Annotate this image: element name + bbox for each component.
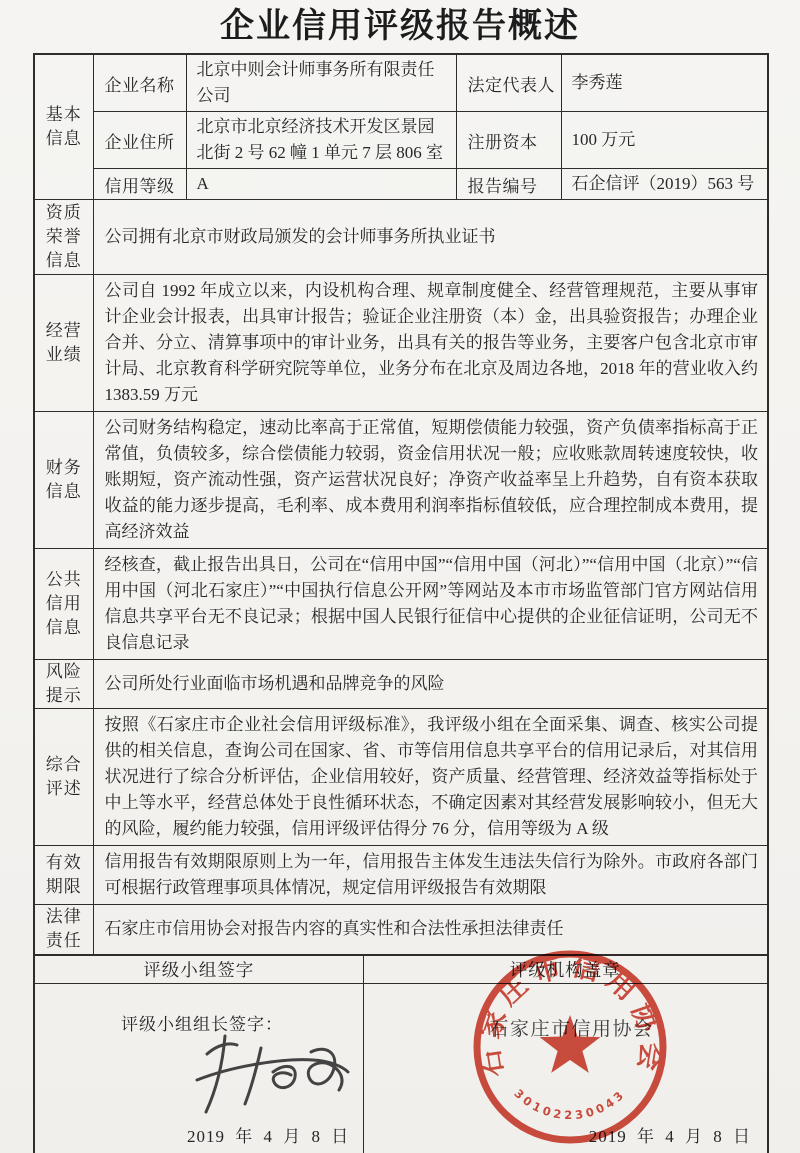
table-row-public-credit: 公共信用信息 经核查，截止报告出具日，公司在“信用中国”“信用中国（河北）”“信… (34, 549, 768, 660)
company-address-label: 企业住所 (93, 112, 186, 169)
table-row-business-performance: 经营业绩 公司自 1992 年成立以来，内设机构合理、规章制度健全、经营管理规范… (34, 275, 768, 412)
section-content-comprehensive-review: 按照《石家庄市企业社会信用评级标准》，我评级小组在全面采集、调查、核实公司提供的… (93, 709, 768, 846)
section-content-qualification: 公司拥有北京市财政局颁发的会计师事务所执业证书 (93, 200, 768, 275)
handwritten-signature (193, 1030, 365, 1122)
section-content-validity-period: 信用报告有效期限原则上为一年，信用报告主体发生违法失信行为除外。市政府各部门可根… (93, 846, 768, 905)
credit-grade-value: A (186, 169, 456, 200)
section-label-basic-info: 基本信息 (34, 54, 93, 200)
section-label-validity-period: 有效期限 (34, 846, 93, 905)
table-row-validity-period: 有效期限 信用报告有效期限原则上为一年，信用报告主体发生违法失信行为除外。市政府… (34, 846, 768, 905)
rating-agency-seal-cell: 石家庄市信用协会 2019 年 4 月 8 日 (363, 983, 768, 1153)
section-label-risk-warning: 风险提示 (34, 660, 93, 709)
signature-table: 评级小组签字 评级机构盖章 评级小组组长签字： (33, 954, 769, 1153)
table-row-comprehensive-review: 综合评述 按照《石家庄市企业社会信用评级标准》，我评级小组在全面采集、调查、核实… (34, 709, 768, 846)
credit-grade-label: 信用等级 (93, 169, 186, 200)
section-content-financial-info: 公司财务结构稳定，速动比率高于正常值，短期偿债能力较强，资产负债率指标高于正常值… (93, 412, 768, 549)
report-number-label: 报告编号 (456, 169, 561, 200)
report-number-value: 石企信评（2019）563 号 (561, 169, 768, 200)
table-row-basic-2: 企业住所 北京市北京经济技术开发区景园北街 2 号 62 幢 1 单元 7 层 … (34, 112, 768, 169)
signature-header-left: 评级小组签字 (34, 955, 363, 984)
section-label-business-performance: 经营业绩 (34, 275, 93, 412)
section-label-public-credit: 公共信用信息 (34, 549, 93, 660)
section-content-legal-liability: 石家庄市信用协会对报告内容的真实性和合法性承担法律责任 (93, 905, 768, 955)
table-row-qualification: 资质荣誉信息 公司拥有北京市财政局颁发的会计师事务所执业证书 (34, 200, 768, 275)
section-content-risk-warning: 公司所处行业面临市场机遇和品牌竞争的风险 (93, 660, 768, 709)
table-row-basic-1: 基本信息 企业名称 北京中则会计师事务所有限责任公司 法定代表人 李秀莲 (34, 54, 768, 112)
table-row-risk-warning: 风险提示 公司所处行业面临市场机遇和品牌竞争的风险 (34, 660, 768, 709)
section-label-legal-liability: 法律责任 (34, 905, 93, 955)
agency-name: 石家庄市信用协会 (490, 1014, 654, 1041)
company-name-label: 企业名称 (93, 54, 186, 112)
table-row-basic-3: 信用等级 A 报告编号 石企信评（2019）563 号 (34, 169, 768, 200)
section-content-public-credit: 经核查，截止报告出具日，公司在“信用中国”“信用中国（河北）”“信用中国（北京）… (93, 549, 768, 660)
left-date: 2019 年 4 月 8 日 (187, 1122, 349, 1147)
legal-representative-label: 法定代表人 (456, 54, 561, 112)
registered-capital-value: 100 万元 (561, 112, 768, 169)
table-row-legal-liability: 法律责任 石家庄市信用协会对报告内容的真实性和合法性承担法律责任 (34, 905, 768, 955)
company-name-value: 北京中则会计师事务所有限责任公司 (186, 54, 456, 112)
table-row-financial-info: 财务信息 公司财务结构稳定，速动比率高于正常值，短期偿债能力较强，资产负债率指标… (34, 412, 768, 549)
rating-team-signature-cell: 评级小组组长签字： 2019 年 4 月 8 日 (34, 983, 363, 1153)
section-label-comprehensive-review: 综合评述 (34, 709, 93, 846)
section-content-business-performance: 公司自 1992 年成立以来，内设机构合理、规章制度健全、经营管理规范，主要从事… (93, 275, 768, 412)
registered-capital-label: 注册资本 (456, 112, 561, 169)
legal-representative-value: 李秀莲 (561, 54, 768, 112)
section-label-financial-info: 财务信息 (34, 412, 93, 549)
signature-header-right: 评级机构盖章 (363, 955, 768, 984)
company-address-value: 北京市北京经济技术开发区景园北街 2 号 62 幢 1 单元 7 层 806 室 (186, 112, 456, 169)
report-table: 基本信息 企业名称 北京中则会计师事务所有限责任公司 法定代表人 李秀莲 企业住… (33, 53, 769, 956)
document-page: 企业信用评级报告概述 基本信息 企业名称 北京中则会计师事务所有限责任公司 法定… (0, 0, 800, 1153)
page-title: 企业信用评级报告概述 (0, 0, 800, 53)
signature-body-row: 评级小组组长签字： 2019 年 4 月 8 日 (34, 983, 768, 1153)
signature-header-row: 评级小组签字 评级机构盖章 (34, 955, 768, 984)
section-label-qualification: 资质荣誉信息 (34, 200, 93, 275)
right-date: 2019 年 4 月 8 日 (589, 1122, 751, 1147)
